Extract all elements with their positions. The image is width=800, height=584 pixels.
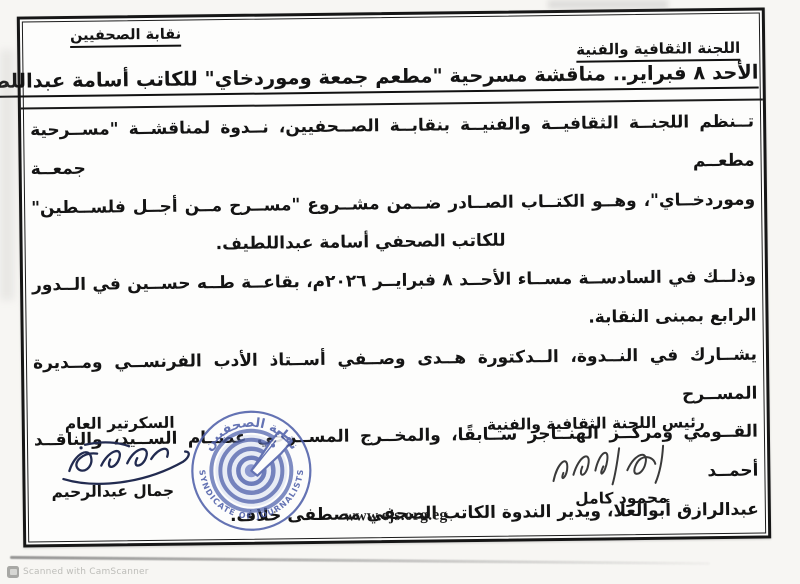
secretary-title: السكرتير العام bbox=[65, 414, 175, 433]
camscanner-text: Scanned with CamScanner bbox=[23, 567, 149, 577]
camscanner-watermark: Scanned with CamScanner bbox=[7, 566, 149, 578]
secretary-name: جمال عبدالرحيم bbox=[51, 482, 174, 501]
scanned-letter: نقابة الصحفيين اللجنة الثقافية والفنية ا… bbox=[17, 7, 771, 547]
body-line: تــنظم اللجنــة الثقافيــة والفنيــة بنق… bbox=[30, 103, 755, 189]
camscanner-icon bbox=[7, 566, 19, 578]
paper-edge-shadow bbox=[10, 556, 710, 565]
body-line: وموردخــاي"، وهــو الكتــاب الصــادر ضــ… bbox=[31, 180, 755, 228]
website-url: www.ejs.org.eg bbox=[344, 506, 448, 525]
letter-title-text: الأحد ٨ فبراير.. مناقشة مسرحية "مطعم جمع… bbox=[0, 61, 759, 99]
syndicate-name: نقابة الصحفيين bbox=[70, 27, 181, 48]
scan-smudge bbox=[548, 0, 668, 9]
scanned-page-background: { "letter": { "org": "نقابة الصحفيين", "… bbox=[0, 0, 800, 584]
letter-content: نقابة الصحفيين اللجنة الثقافية والفنية ا… bbox=[20, 10, 768, 544]
chairman-name: محمود كامل bbox=[575, 489, 668, 508]
syndicate-stamp: نقابة الصحفيين SYNDICATE OF JOURNALISTS bbox=[188, 407, 316, 535]
scan-smudge bbox=[0, 50, 14, 300]
committee-name: اللجنة الثقافية والفنية bbox=[576, 39, 740, 63]
chairman-signature bbox=[541, 437, 692, 493]
body-line: يشــارك في النــدوة، الــدكتورة هــدى وص… bbox=[33, 335, 758, 421]
chairman-title: رئيس اللجنة الثقافية والفنية bbox=[487, 413, 705, 434]
letter-title: الأحد ٨ فبراير.. مناقشة مسرحية "مطعم جمع… bbox=[24, 61, 758, 93]
